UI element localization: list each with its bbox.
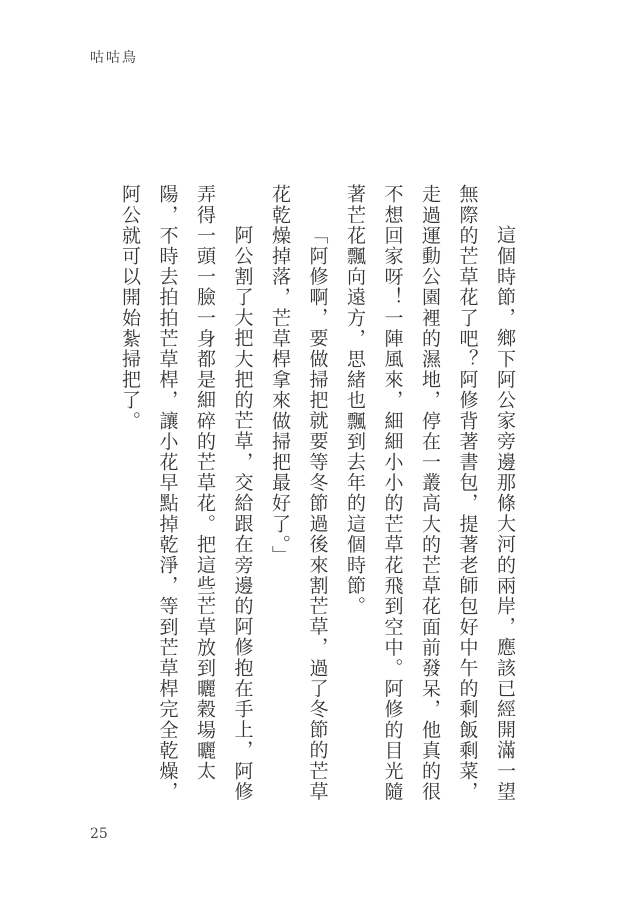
- book-page: 咕咕鳥 這個時節，鄉下阿公家旁邊那條大河的兩岸，應該已經開滿一望無際的芒草花了吧…: [0, 0, 643, 900]
- running-header-title: 咕咕鳥: [90, 47, 138, 67]
- paragraph-3: 阿公割了大把大把的芒草，交給跟在旁邊的阿修抱在手上，阿修弄得一頭一臉一身都是細碎…: [111, 184, 261, 804]
- paragraph-1: 這個時節，鄉下阿公家旁邊那條大河的兩岸，應該已經開滿一望無際的芒草花了吧？阿修背…: [336, 184, 524, 804]
- body-text-block: 這個時節，鄉下阿公家旁邊那條大河的兩岸，應該已經開滿一望無際的芒草花了吧？阿修背…: [111, 184, 524, 804]
- page-number: 25: [90, 826, 108, 842]
- paragraph-2-quote: 「阿修啊，要做掃把就要等冬節過後來割芒草，過了冬節的芒草花乾燥掉落，芒草桿拿來做…: [261, 184, 336, 804]
